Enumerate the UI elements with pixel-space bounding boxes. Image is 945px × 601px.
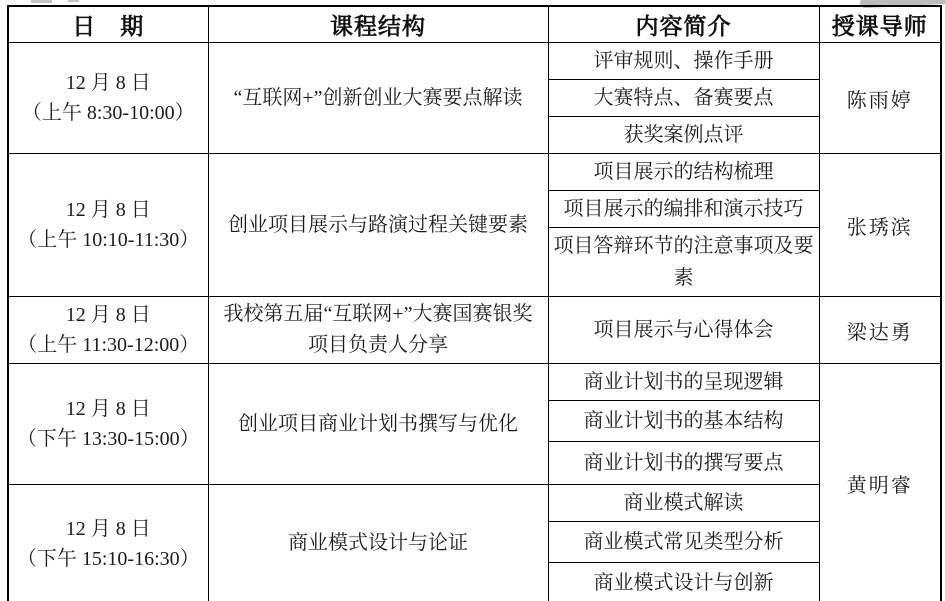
content-cell: 项目答辩环节的注意事项及要素	[548, 228, 819, 297]
content-cell: 项目展示的编排和演示技巧	[548, 191, 819, 228]
date-line1: 12 月 8 日	[11, 195, 206, 225]
date-cell: 12 月 8 日 （下午 15:10-16:30）	[8, 485, 208, 601]
date-line1: 12 月 8 日	[11, 394, 206, 424]
content-cell: 商业计划书的呈现逻辑	[548, 364, 819, 401]
instructor-cell: 梁达勇	[819, 297, 941, 364]
header-course-structure: 课程结构	[208, 6, 548, 43]
table-row: 12 月 8 日 （上午 8:30-10:00） “互联网+”创新创业大赛要点解…	[8, 43, 941, 80]
date-line2: （下午 15:10-16:30）	[11, 544, 206, 574]
date-line1: 12 月 8 日	[11, 514, 206, 544]
course-cell: “互联网+”创新创业大赛要点解读	[208, 43, 548, 154]
instructor-cell: 陈雨婷	[819, 43, 941, 154]
instructor-cell: 黄明睿	[819, 364, 941, 601]
date-cell: 12 月 8 日 （上午 8:30-10:00）	[8, 43, 208, 154]
content-cell: 评审规则、操作手册	[548, 43, 819, 80]
screenshot-artifact-1	[31, 0, 52, 3]
date-line1: 12 月 8 日	[11, 68, 206, 98]
table-row: 12 月 8 日 （上午 10:10-11:30） 创业项目展示与路演过程关键要…	[8, 154, 941, 191]
content-cell: 商业计划书的撰写要点	[548, 442, 819, 485]
table-row: 12 月 8 日 （下午 15:10-16:30） 商业模式设计与论证 商业模式…	[8, 485, 941, 522]
table-row: 12 月 8 日 （下午 13:30-15:00） 创业项目商业计划书撰写与优化…	[8, 364, 941, 401]
date-line2: （下午 13:30-15:00）	[11, 424, 206, 454]
table-row: 12 月 8 日 （上午 11:30-12:00） 我校第五届“互联网+”大赛国…	[8, 297, 941, 364]
date-cell: 12 月 8 日 （下午 13:30-15:00）	[8, 364, 208, 485]
course-cell: 我校第五届“互联网+”大赛国赛银奖项目负责人分享	[208, 297, 548, 364]
content-cell: 商业模式常见类型分析	[548, 522, 819, 563]
course-cell: 创业项目商业计划书撰写与优化	[208, 364, 548, 485]
header-date: 日 期	[8, 6, 208, 43]
course-cell: 创业项目展示与路演过程关键要素	[208, 154, 548, 297]
instructor-cell: 张琇滨	[819, 154, 941, 297]
date-cell: 12 月 8 日 （上午 10:10-11:30）	[8, 154, 208, 297]
content-cell: 商业计划书的基本结构	[548, 401, 819, 442]
content-cell: 商业模式解读	[548, 485, 819, 522]
page: 日 期 课程结构 内容简介 授课导师 12 月 8 日 （上午 8:30-10:…	[0, 0, 945, 601]
content-cell: 项目展示与心得体会	[548, 297, 819, 364]
content-cell: 商业模式设计与创新	[548, 563, 819, 601]
date-line2: （上午 8:30-10:00）	[11, 98, 206, 128]
content-cell: 大赛特点、备赛要点	[548, 80, 819, 117]
header-instructor: 授课导师	[819, 6, 941, 43]
course-schedule-table: 日 期 课程结构 内容简介 授课导师 12 月 8 日 （上午 8:30-10:…	[7, 5, 942, 601]
course-cell: 商业模式设计与论证	[208, 485, 548, 601]
header-content-intro: 内容简介	[548, 6, 819, 43]
date-line1: 12 月 8 日	[11, 300, 206, 330]
date-cell: 12 月 8 日 （上午 11:30-12:00）	[8, 297, 208, 364]
date-line2: （上午 11:30-12:00）	[11, 330, 206, 360]
header-row: 日 期 课程结构 内容简介 授课导师	[8, 6, 941, 43]
content-cell: 项目展示的结构梳理	[548, 154, 819, 191]
content-cell: 获奖案例点评	[548, 117, 819, 154]
date-line2: （上午 10:10-11:30）	[11, 225, 206, 255]
screenshot-artifact-2	[68, 0, 79, 2]
